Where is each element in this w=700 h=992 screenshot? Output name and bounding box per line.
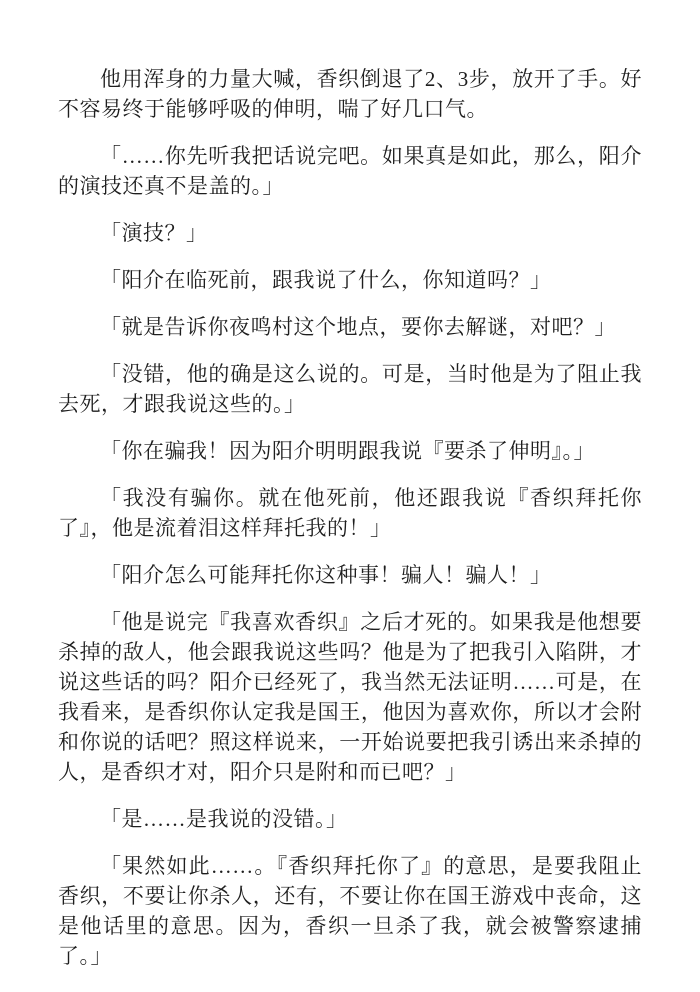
paragraph: 他用浑身的力量大喊，香织倒退了2、3步，放开了手。好不容易终于能够呼吸的伸明，喘… <box>58 64 642 124</box>
paragraph: 「我没有骗你。就在他死前，他还跟我说『香织拜托你了』，他是流着泪这样拜托我的！」 <box>58 483 642 543</box>
paragraph: 「阳介怎么可能拜托你这种事！骗人！骗人！」 <box>58 560 642 590</box>
paragraph: 「是……是我说的没错。」 <box>58 804 642 834</box>
paragraph: 「阳介在临死前，跟我说了什么，你知道吗？」 <box>58 265 642 295</box>
paragraph: 「没错，他的确是这么说的。可是，当时他是为了阻止我去死，才跟我说这些的。」 <box>58 359 642 419</box>
paragraph: 「你在骗我！因为阳介明明跟我说『要杀了伸明』。」 <box>58 436 642 466</box>
paragraph: 「演技？」 <box>58 218 642 248</box>
paragraph: 「就是告诉你夜鸣村这个地点，要你去解谜，对吧？」 <box>58 312 642 342</box>
novel-page: 他用浑身的力量大喊，香织倒退了2、3步，放开了手。好不容易终于能够呼吸的伸明，喘… <box>0 0 700 992</box>
paragraph: 「……你先听我把话说完吧。如果真是如此，那么，阳介的演技还真不是盖的。」 <box>58 141 642 201</box>
paragraph: 「他是说完『我喜欢香织』之后才死的。如果我是他想要杀掉的敌人，他会跟我说这些吗？… <box>58 607 642 787</box>
paragraph: 「果然如此……。『香织拜托你了』的意思，是要我阻止香织，不要让你杀人，还有，不要… <box>58 851 642 971</box>
